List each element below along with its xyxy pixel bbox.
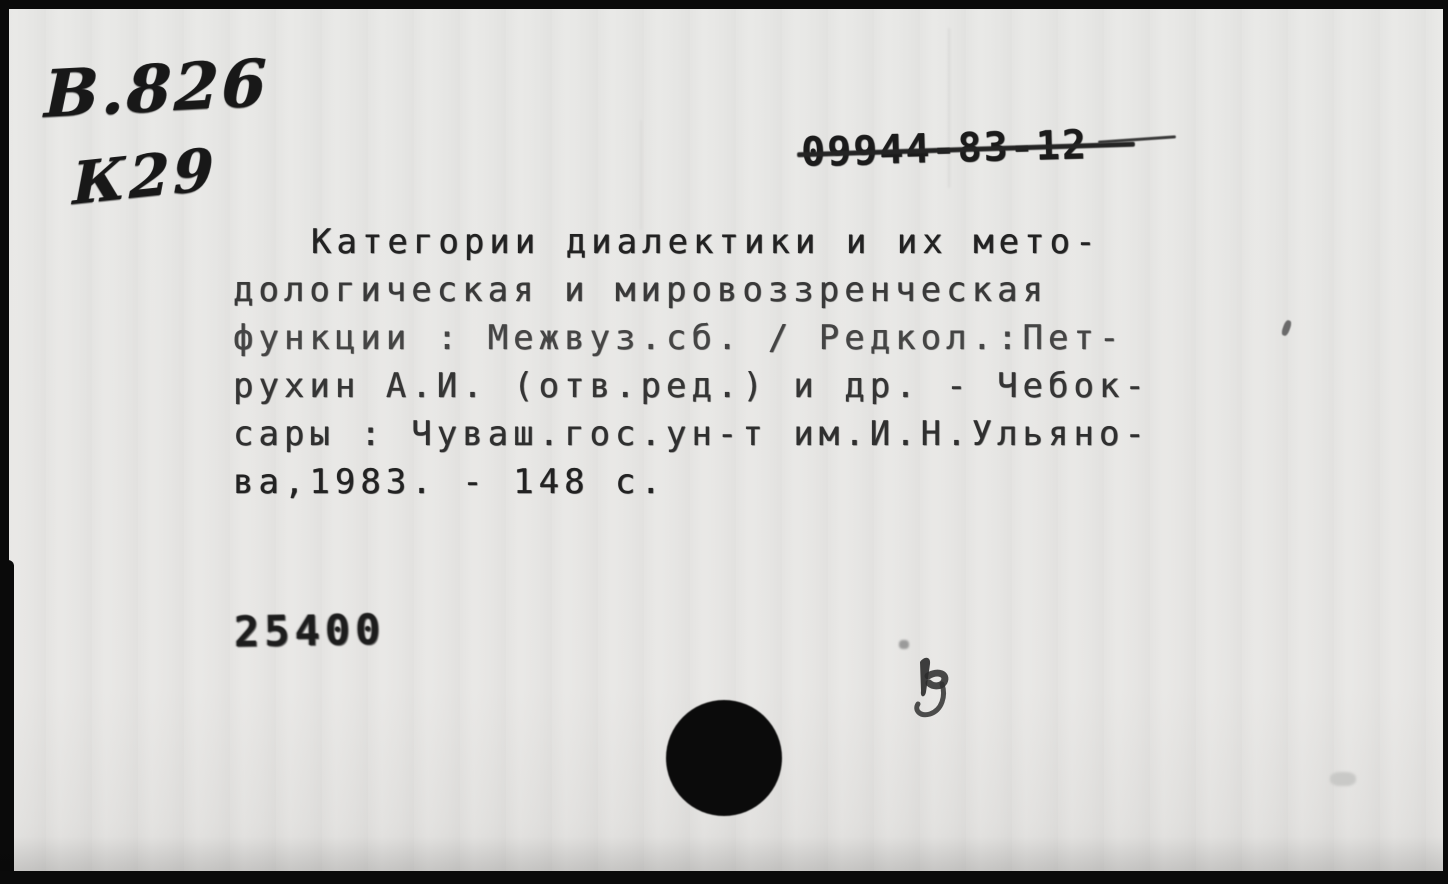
library-catalog-card: В.826 К29 09944-83-12 Категории диалекти… [0,0,1448,884]
entry-line-3: функции : Межвуз.сб. / Редкол.:Пет- [233,314,1193,362]
entry-line-4: рухин А.И. (отв.ред.) и др. - Чебок- [233,362,1193,410]
handwritten-mark [898,648,962,732]
entry-line-5: сары : Чуваш.гос.ун-т им.И.Н.Ульяно- [233,410,1193,458]
ink-speck [1280,319,1292,336]
ink-smudge [1330,772,1356,786]
scan-edge-right [1443,0,1448,884]
call-number-class-mark: В.826 [43,46,269,133]
paper-streak [640,120,642,230]
entry-line-2: дологическая и мировоззренческая [233,266,1193,314]
strike-through-line-tail [1098,135,1176,143]
scan-shadow-bottom [0,836,1448,871]
ink-speck [899,640,909,649]
entry-line-1: Категории диалектики и их мето- [233,218,1193,266]
hole-punch-dot [666,700,782,816]
bibliographic-entry: Категории диалектики и их мето- дологиче… [233,218,1193,506]
accession-number: 25400 [234,605,386,657]
scan-edge-top [0,0,1448,9]
call-number-cutter-mark: К29 [72,134,217,218]
scan-edge-bottom [0,871,1448,884]
entry-line-6: ва,1983. - 148 с. [233,458,1193,506]
